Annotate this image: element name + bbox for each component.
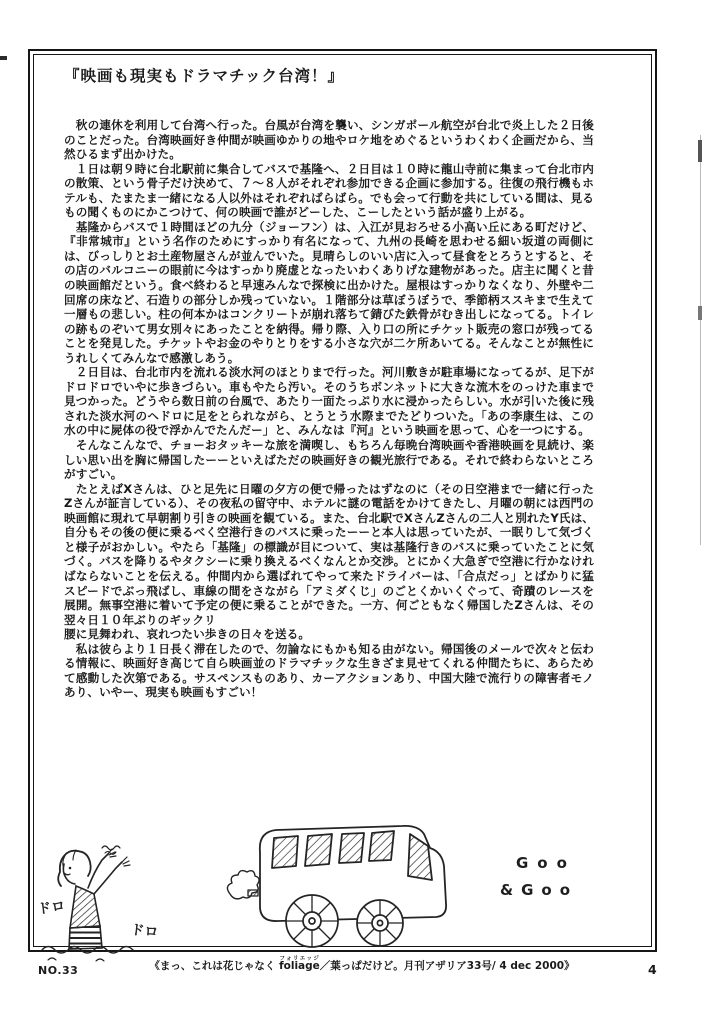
person-in-mud-drawing: ドロ ドロ xyxy=(36,842,176,964)
scan-artifact-right-edge xyxy=(700,135,701,545)
footer-caption-post: ／葉っぱだけど。月刊アザリア33号/ 4 dec 2000》 xyxy=(320,960,575,972)
footer-page-number: 4 xyxy=(648,962,657,977)
footer-caption-furigana: フォリエッジ xyxy=(279,956,320,962)
footer-caption-pre: 《まっ、これは花じゃなく xyxy=(149,960,279,972)
footer-caption-ruby-word: foliageフォリエッジ xyxy=(279,960,320,972)
paragraph: そんなこんなで、チョーおタッキーな旅を満喫し、もちろん毎晩台湾映画や香港映画を見… xyxy=(64,438,594,482)
paragraph: ２日目は、台北市内を流れる淡水河のほとりまで行った。河川敷きが駐車場になってるが… xyxy=(64,365,594,438)
scanned-newsletter-page: { "article": { "title": "『映画も現実もドラマチック台湾… xyxy=(0,0,724,1024)
signature-line: Goo xyxy=(500,850,578,877)
paragraph: 基隆からバスで１時間ほどの九分（ジョーフン）は、入江が見おろせる小高い丘にある町… xyxy=(64,220,594,365)
paragraph: 秋の連休を利用して台湾へ行った。台風が台湾を襲い、シンガポール航空が台北で炎上し… xyxy=(64,118,594,162)
paragraph: １日は朝９時に台北駅前に集合してバスで基隆へ、２日目は１０時に龍山寺前に集まって… xyxy=(64,162,594,220)
mud-label: ドロ xyxy=(36,898,66,918)
mud-label: ドロ xyxy=(130,922,160,941)
footer-caption: 《まっ、これは花じゃなく foliageフォリエッジ／葉っぱだけど。月刊アザリア… xyxy=(0,956,724,972)
signature-line: &Goo xyxy=(500,877,578,904)
page-title: 『映画も現実もドラマチック台湾！』 xyxy=(64,64,344,86)
signature: Goo &Goo xyxy=(500,850,578,904)
paragraph: たとえばXさんは、ひと足先に日曜の夕方の便で帰ったはずなのに（その日空港まで一緒… xyxy=(64,482,594,642)
scan-artifact-right-tick xyxy=(698,306,702,320)
scan-artifact-right-tick xyxy=(698,140,702,162)
article-body: 秋の連休を利用して台湾へ行った。台風が台湾を襲い、シンガポール航空が台北で炎上し… xyxy=(64,118,594,700)
paragraph: 私は彼らより１日長く滞在したので、勿論なにもかも知る由がない。帰国後のメールで次… xyxy=(64,642,594,700)
bus-drawing xyxy=(212,818,462,956)
scan-artifact-left-edge xyxy=(0,56,7,60)
